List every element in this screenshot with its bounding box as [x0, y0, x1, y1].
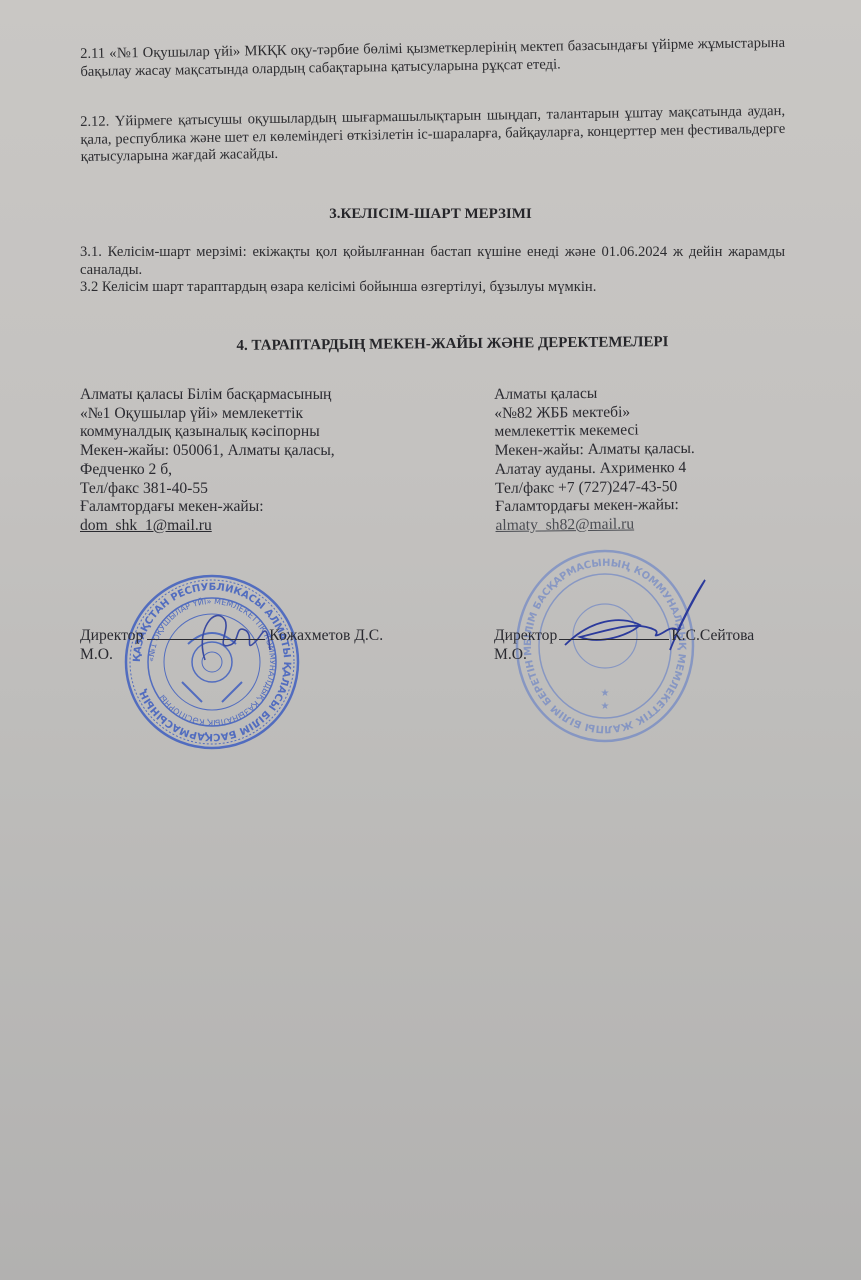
svg-text:★: ★ — [601, 688, 610, 699]
svg-text:★: ★ — [601, 701, 610, 712]
party-right-details: Алматы қаласы «№82 ЖББ мектебі» мемлекет… — [494, 384, 696, 536]
party-left-email-link[interactable]: dom_shk_1@mail.ru — [80, 517, 335, 536]
party-right-address: Мекен-жайы: Алматы қаласы. — [495, 440, 695, 461]
seal-label-right: М.О. — [494, 646, 754, 665]
seal-label-left: М.О. — [80, 646, 383, 665]
party-left-phone: Тел/факс 381-40-55 — [80, 480, 335, 499]
clause-2-11: 2.11 «№1 Оқушылар үйі» МКҚК оқу-тәрбие б… — [80, 35, 785, 81]
party-left-line3: коммуналдық қазыналық кәсіпорны — [80, 423, 335, 442]
director-label-left: Директор — [80, 627, 143, 644]
party-right-web-label: Ғаламтордағы мекен-жайы: — [495, 496, 695, 517]
party-right-line1: Алматы қаласы — [494, 384, 694, 405]
scanned-document-page: 2.11 «№1 Оқушылар үйі» МКҚК оқу-тәрбие б… — [0, 0, 861, 1280]
party-right-email-link[interactable]: almaty_sh82@mail.ru — [495, 515, 695, 536]
signature-line-left — [147, 639, 265, 640]
party-right-street: Алатау ауданы. Ахрименко 4 — [495, 459, 695, 480]
party-right-line2: «№82 ЖББ мектебі» — [494, 403, 694, 424]
party-right-line3: мемлекеттік мекемесі — [494, 421, 694, 442]
party-left-line1: Алматы қаласы Білім басқармасының — [80, 386, 335, 405]
director-name-left: Кожахметов Д.С. — [269, 627, 383, 644]
director-label-right: Директор — [494, 627, 557, 644]
party-left-web-label: Ғаламтордағы мекен-жайы: — [80, 498, 335, 517]
party-right-phone: Тел/факс +7 (727)247-43-50 — [495, 477, 695, 498]
director-signature-left: ДиректорКожахметов Д.С. М.О. — [80, 627, 383, 664]
director-name-right: К.С.Сейтова — [671, 627, 754, 644]
clause-3-2: 3.2 Келісім шарт тараптардың өзара келіс… — [80, 279, 785, 297]
signature-line-right — [559, 639, 669, 640]
clause-2-12: 2.12. Үйірмеге қатысушы оқушылардың шыға… — [80, 103, 786, 167]
director-signature-right: ДиректорК.С.Сейтова М.О. — [494, 627, 754, 664]
party-left-details: Алматы қаласы Білім басқармасының «№1 Оқ… — [80, 386, 335, 536]
clause-3-1: 3.1. Келісім-шарт мерзімі: екіжақты қол … — [80, 244, 785, 279]
section-4-title: 4. ТАРАПТАРДЫҢ МЕКЕН-ЖАЙЫ ЖӘНЕ ДЕРЕКТЕМЕ… — [22, 332, 861, 357]
party-left-address: Мекен-жайы: 050061, Алматы қаласы, — [80, 442, 335, 461]
section-3-title: 3.КЕЛІСІМ-ШАРТ МЕРЗІМІ — [0, 206, 861, 223]
party-left-street: Федченко 2 б, — [80, 461, 335, 480]
party-left-line2: «№1 Оқушылар үйі» мемлекеттік — [80, 405, 335, 424]
